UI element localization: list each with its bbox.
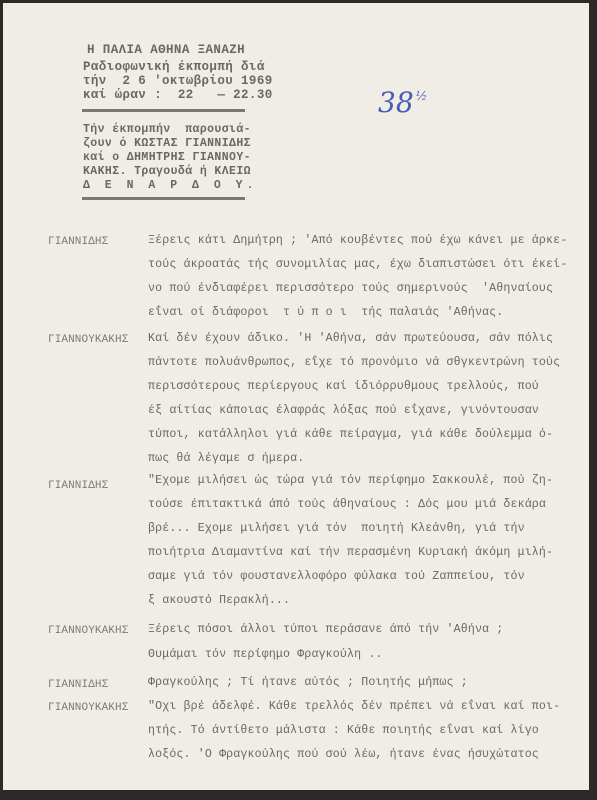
dialogue-line: τύποι, κατάλληλοι γιά κάθε πείραγμα, γιά… — [148, 428, 553, 441]
dialogue-line: Φραγκούλης ; Τί ήτανε αύτός ; Ποιητής μή… — [148, 676, 468, 689]
presenters-line: Τήν έκπομπήν παρουσιά- — [83, 123, 251, 136]
header-line: καί ώραν : 22 — 22.30 — [83, 88, 273, 102]
speaker-label: ΓΙΑΝΝΙΔΗΣ — [48, 679, 108, 691]
dialogue-line: τούσε έπιτακτικά άπό τούς άθηναίους : Δό… — [148, 498, 546, 511]
document-page: Η ΠΑΛΙΑ ΑΘΗΝΑ ΞΑΝΑΖΗ Ραδιοφωνική έκπομπή… — [3, 3, 589, 790]
dialogue-line: Καί δέν έχουν άδικο. 'Η 'Αθήνα, σάν πρωτ… — [148, 332, 553, 345]
dialogue-line: "Εχομε μιλήσει ώς τώρα γιά τόν περίφημο … — [148, 474, 553, 487]
dialogue-line: Θυμάμαι τόν περίφημο Φραγκούλη .. — [148, 648, 383, 661]
dialogue-line: Ξέρεις πόσοι άλλοι τύποι περάσανε άπό τή… — [148, 623, 503, 636]
dialogue-line: ποιήτρια Διαμαντίνα καί τήν περασμένη Κυ… — [148, 546, 553, 559]
dialogue-line: πάντοτε πολυάνθρωπος, εΐχε τό προνόμιο ν… — [148, 356, 560, 369]
dialogue-line: εΐναι οί διάφοροι τ ύ π ο ι τής παλαιάς … — [148, 306, 503, 319]
header-line: τήν 2 6 'οκτωβρίου 1969 — [83, 74, 273, 88]
presenters-rule — [82, 197, 245, 200]
dialogue-line: έξ αίτίας κάποιας έλαφράς λόξας πού εΐχα… — [148, 404, 539, 417]
dialogue-line: λοξός. 'Ο Φραγκούλης πού σού λέω, ήτανε … — [148, 748, 539, 761]
dialogue-line: τούς άκροατάς τής συνομιλίας μας, έχω δι… — [148, 258, 567, 271]
dialogue-line: βρέ... Εχομε μιλήσει γιά τόν ποιητή Κλεά… — [148, 522, 525, 535]
speaker-label: ΓΙΑΝΝΟΥΚΑΚΗΣ — [48, 625, 128, 637]
speaker-label: ΓΙΑΝΝΙΔΗΣ — [48, 236, 108, 248]
presenters-line: καί ο ΔΗΜΗΤΡΗΣ ΓΙΑΝΝΟΥ- — [83, 151, 251, 164]
handwritten-page-number: 38½ — [378, 86, 427, 119]
presenters-line: ΚΑΚΗΣ. Τραγουδά ή ΚΛΕΙΩ — [83, 165, 251, 178]
dialogue-line: περισσότερους περίεργους καί ίδιόρρυθμου… — [148, 380, 539, 393]
dialogue-line: πως θά λέγαμε σ ήμερα. — [148, 452, 304, 465]
dialogue-line: νο πού ένδιαφέρει περισσότερο τούς σημερ… — [148, 282, 553, 295]
dialogue-line: ητής. Τό άντίθετο μάλιστα : Κάθε ποιητής… — [148, 724, 539, 737]
document-title: Η ΠΑΛΙΑ ΑΘΗΝΑ ΞΑΝΑΖΗ — [87, 43, 245, 57]
speaker-label: ΓΙΑΝΝΙΔΗΣ — [48, 480, 108, 492]
speaker-label: ΓΙΑΝΝΟΥΚΑΚΗΣ — [48, 334, 128, 346]
dialogue-line: σαμε γιά τόν φουστανελλοφόρο φύλακα τού … — [148, 570, 525, 583]
header-rule — [82, 109, 245, 112]
header-line: Ραδιοφωνική έκπομπή διά — [83, 60, 265, 74]
dialogue-line: ξ ακουστό Περακλή... — [148, 594, 290, 607]
dialogue-line: "Οχι βρέ άδελφέ. Κάθε τρελλός δέν πρέπει… — [148, 700, 560, 713]
speaker-label: ΓΙΑΝΝΟΥΚΑΚΗΣ — [48, 702, 128, 714]
presenters-line: ζουν ό ΚΩΣΤΑΣ ΓΙΑΝΝΙΔΗΣ — [83, 137, 251, 150]
dialogue-line: Ξέρεις κάτι Δημήτρη ; 'Από κουβέντες πού… — [148, 234, 567, 247]
presenters-line: Δ Ε Ν А Р Δ О Υ. — [83, 179, 257, 192]
